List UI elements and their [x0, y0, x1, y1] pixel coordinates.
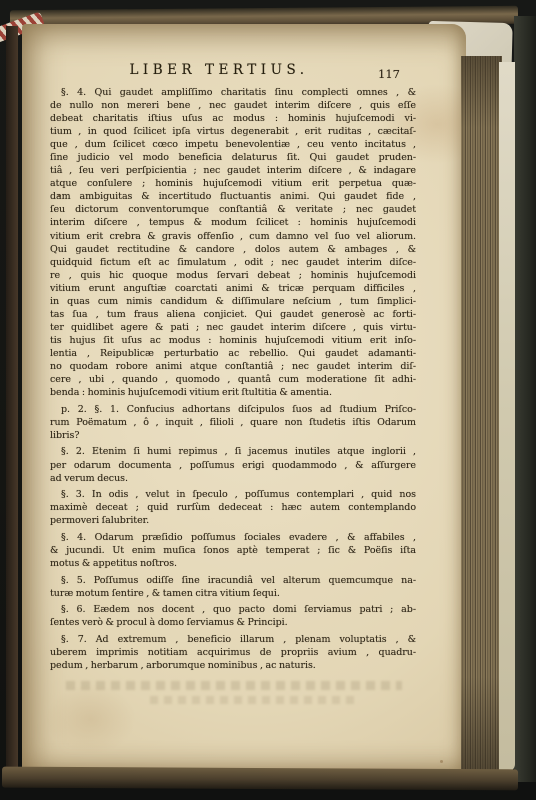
- text-line: tiâ , ſeu veri perſpicientia ; nec gaude…: [50, 164, 416, 177]
- text-line: in quas cum nimis candidum & diſſimulare…: [50, 295, 416, 308]
- foxing-speck: [440, 760, 443, 763]
- text-line: §. 7. Ad extremum , beneficio illarum , …: [50, 633, 416, 646]
- paragraph: §. 4. Qui gaudet ampliſſimo charitatis ſ…: [50, 86, 416, 399]
- back-cover-page-edge: [499, 62, 515, 772]
- paragraph: p. 2. §. 1. Confucius adhortans diſcipul…: [50, 403, 416, 442]
- text-line: tium , in quod ſcilicet ipſa virtus dege…: [50, 125, 416, 138]
- text-line: ſine judicio vel modo beneficia delaturu…: [50, 151, 416, 164]
- text-line: §. 6. Eædem nos docent , quo pacto domi …: [50, 603, 416, 616]
- text-line: tas ſua , tum fraus aliena conjiciet. Qu…: [50, 308, 416, 321]
- text-line: interim diſcere , tempus & modum ſcilice…: [50, 216, 416, 229]
- text-line: ter quidlibet agere & pati ; nec gaudet …: [50, 321, 416, 334]
- text-line: motus & appetitus noſtros.: [50, 557, 416, 570]
- book-fore-edge-pages: [461, 56, 502, 778]
- text-line: permoveri ſalubriter.: [50, 514, 416, 527]
- paragraph: §. 4. Odarum præſidio poſſumus ſociales …: [50, 531, 416, 570]
- text-line: quidquid fictum eſt ac ſimulatum , odit …: [50, 256, 416, 269]
- text-line: que , dum ſcilicet cœco impetu benevolen…: [50, 138, 416, 151]
- text-line: vitium erunt anguſtiæ coarctati animi & …: [50, 282, 416, 295]
- text-line: Qui gaudet rectitudine & candore , dolos…: [50, 243, 416, 256]
- paragraph: §. 6. Eædem nos docent , quo pacto domi …: [50, 603, 416, 629]
- text-line: ad verum decus.: [50, 472, 416, 485]
- text-line: re , quis hic quoque modus ſervari debea…: [50, 269, 416, 282]
- ink-bleedthrough: [66, 681, 402, 690]
- paragraph: §. 2. Etenim ſi humi repimus , ſi jacemu…: [50, 445, 416, 484]
- paragraph: §. 5. Poſſumus odiſſe ſine iracundiâ vel…: [50, 574, 416, 600]
- text-line: debeat charitatis iſtius uſus ac modus :…: [50, 112, 416, 125]
- text-line: turæ motum ſentire , & tamen citra vitiu…: [50, 587, 416, 600]
- text-line: maximè deceat ; quid rurſùm dedeceat : h…: [50, 501, 416, 514]
- text-line: lentia , Reipublicæ perturbatio ac rebel…: [50, 347, 416, 360]
- background-right-band: [514, 16, 536, 782]
- text-line: §. 3. In odis , velut in ſpeculo , poſſu…: [50, 488, 416, 501]
- page-content: LIBER TERTIUS. 117 §. 4. Qui gaudet ampl…: [50, 62, 416, 672]
- text-line: per odarum documenta , poſſumus erigi qu…: [50, 459, 416, 472]
- text-line: vitium erit crebra & gravis offenſio , c…: [50, 230, 416, 243]
- paper-stain: [46, 684, 136, 754]
- ink-bleedthrough: [150, 696, 360, 704]
- text-block: §. 4. Qui gaudet ampliſſimo charitatis ſ…: [50, 86, 416, 672]
- text-line: cere , ubi , quando , quomodo , quantâ c…: [50, 373, 416, 386]
- book-left-board-edge: [6, 26, 18, 774]
- text-line: rum Poëmatum , ô , inquit , filioli , qu…: [50, 416, 416, 429]
- text-line: ſeu dictorum conventorumque conſtantiâ &…: [50, 203, 416, 216]
- text-line: no quodam robore animi atque conſtantiâ …: [50, 360, 416, 373]
- text-line: §. 4. Qui gaudet ampliſſimo charitatis ſ…: [50, 86, 416, 99]
- text-line: de nullo non mereri bene , nec gaudet in…: [50, 99, 416, 112]
- paragraph: §. 3. In odis , velut in ſpeculo , poſſu…: [50, 488, 416, 527]
- text-line: ſentes verò & procul à domo ſerviamus & …: [50, 616, 416, 629]
- text-line: libris?: [50, 429, 416, 442]
- page-header: LIBER TERTIUS. 117: [50, 62, 416, 86]
- book-bottom-cover-edge: [2, 767, 518, 791]
- text-line: §. 4. Odarum præſidio poſſumus ſociales …: [50, 531, 416, 544]
- book-photo: LIBER TERTIUS. 117 §. 4. Qui gaudet ampl…: [0, 0, 536, 800]
- text-line: §. 5. Poſſumus odiſſe ſine iracundiâ vel…: [50, 574, 416, 587]
- text-line: dam ambiguitas & incertitudo fluctuantis…: [50, 190, 416, 203]
- running-title: LIBER TERTIUS.: [36, 62, 402, 78]
- text-line: tis hujus ſit uſus ac modus : hominis hu…: [50, 334, 416, 347]
- text-line: atque conſulere ; hominis hujuſcemodi vi…: [50, 177, 416, 190]
- page-number: 117: [378, 67, 400, 81]
- text-line: uberem imprimis notitiam acquirimus de p…: [50, 646, 416, 659]
- text-line: p. 2. §. 1. Confucius adhortans diſcipul…: [50, 403, 416, 416]
- text-line: benda : hominis hujuſcemodi vitium erit …: [50, 386, 416, 399]
- text-line: §. 2. Etenim ſi humi repimus , ſi jacemu…: [50, 445, 416, 458]
- text-line: pedum , herbarum , arborumque nominibus …: [50, 659, 416, 672]
- paragraph: §. 7. Ad extremum , beneficio illarum , …: [50, 633, 416, 672]
- text-line: & jucundi. Ut enim muſica ſonos aptè tem…: [50, 544, 416, 557]
